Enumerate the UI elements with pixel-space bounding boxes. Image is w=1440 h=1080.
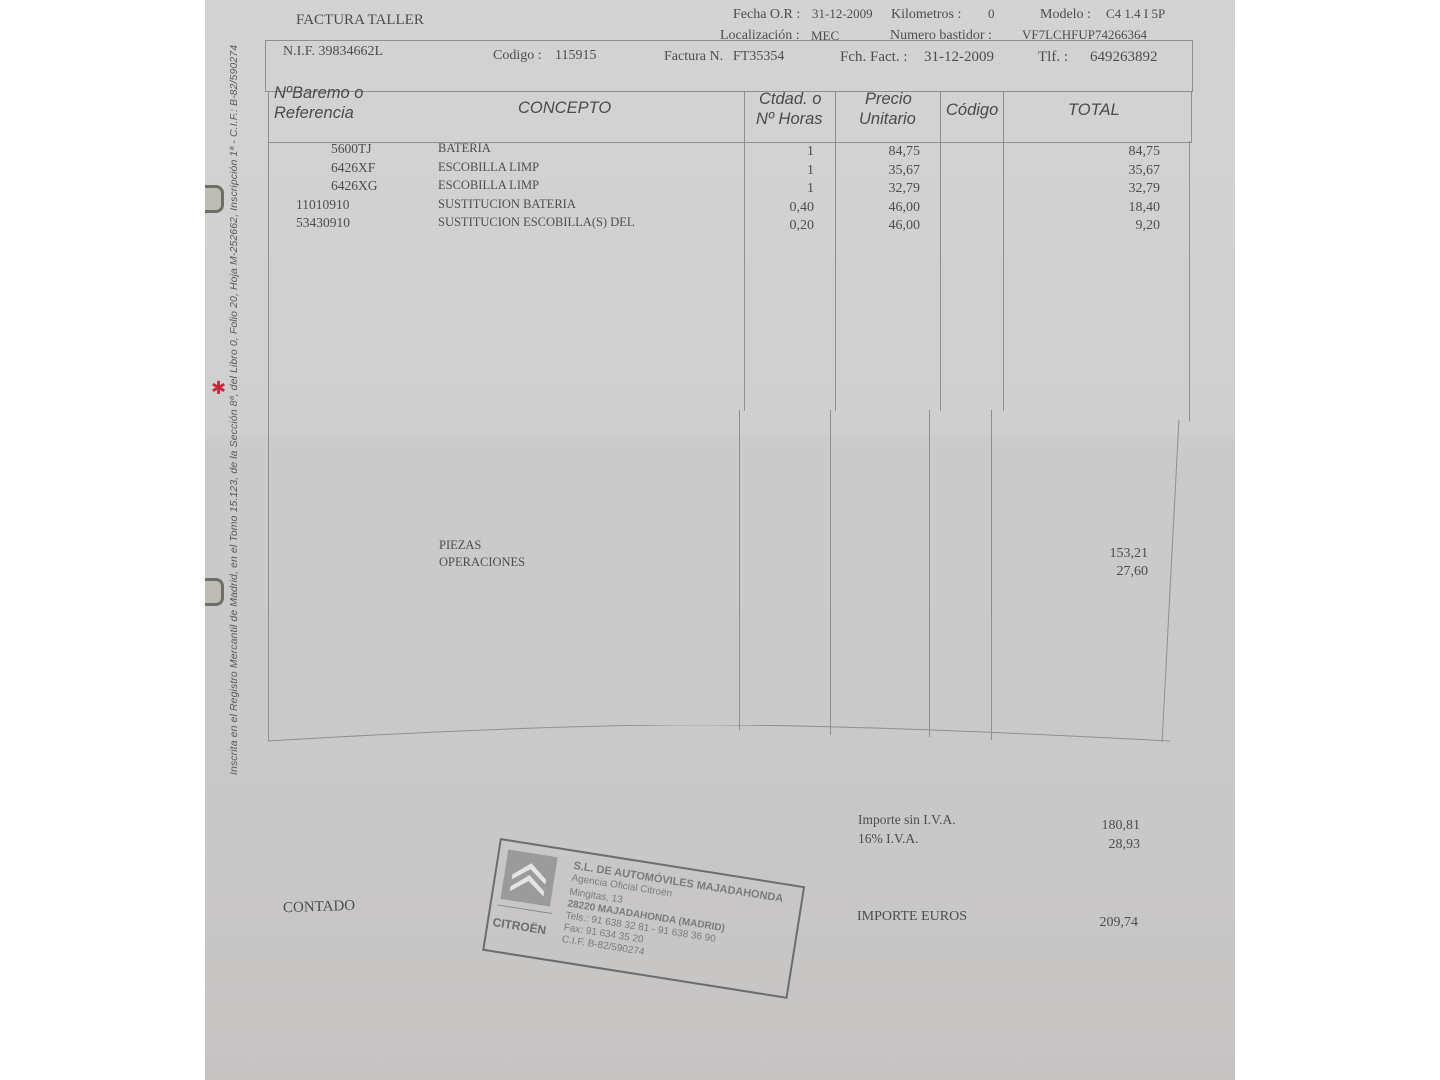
line-ref: 11010910 [296,197,408,213]
col-ref-line1: NºBaremo o [274,84,363,103]
piezas-label: PIEZAS [439,538,481,553]
line-total: 18,40 [1090,200,1160,216]
iva-label: 16% I.V.A. [858,831,919,847]
line-total: 84,75 [1090,144,1160,160]
stamp-brand: CITROËN [492,915,548,937]
col-ref-line2: Referencia [274,104,354,123]
column-header-box [268,91,1192,143]
binder-ring-bottom [205,578,224,606]
col-divider-4-lower [991,410,992,740]
piezas-value: 153,21 [1080,546,1148,562]
factura-label: Factura N. [664,49,723,65]
line-concepto: SUSTITUCION ESCOBILLA(S) DEL [438,215,738,230]
sin-iva-label: Importe sin I.V.A. [858,812,956,828]
line-unit-price: 84,75 [850,144,920,160]
line-unit-price: 32,79 [850,181,920,197]
col-total: TOTAL [1068,101,1120,120]
modelo-label: Modelo : [1040,7,1091,23]
line-quantity: 0,20 [752,218,814,234]
table-left-border [268,141,269,741]
fecha-or-label: Fecha O.R : [733,7,800,23]
importe-value: 209,74 [1068,915,1138,931]
fecha-or-value: 31-12-2009 [812,6,873,22]
col-divider-3-lower [929,410,930,737]
line-quantity: 1 [752,144,814,160]
fch-fact-label: Fch. Fact. : [840,49,908,66]
line-quantity: 1 [752,181,814,197]
nif-value: N.I.F. 39834662L [283,44,383,60]
line-quantity: 1 [752,163,814,179]
importe-label: IMPORTE EUROS [857,909,967,925]
operaciones-value: 27,60 [1080,564,1148,580]
line-concepto: ESCOBILLA LIMP [438,160,738,175]
col-ctdad-line2: Nº Horas [756,110,823,129]
line-total: 32,79 [1090,181,1160,197]
red-asterisk-mark: ✱ [211,378,226,399]
line-unit-price: 35,67 [850,163,920,179]
line-concepto: SUSTITUCION BATERIA [438,197,738,212]
col-divider-2-upper [835,91,836,411]
registry-side-text: Inscrita en el Registro Mercantil de Mad… [228,45,240,775]
iva-value: 28,93 [1070,837,1140,853]
modelo-value: C4 1.4 I 5P [1106,6,1165,22]
client-info-box [265,40,1193,92]
col-divider-2-lower [830,410,831,735]
col-divider-4-upper [1003,91,1004,411]
codigo-value: 115915 [555,48,596,64]
kilometros-label: Kilometros : [891,7,961,23]
line-concepto: ESCOBILLA LIMP [438,178,738,193]
line-ref: 5600TJ [331,141,443,157]
citroen-double-chevron-icon [500,849,557,906]
invoice-title: FACTURA TALLER [296,12,424,29]
factura-value: FT35354 [733,49,784,65]
line-concepto: BATERIA [438,141,738,156]
tlf-value: 649263892 [1090,49,1158,66]
line-ref: 6426XG [331,178,443,194]
col-ctdad-line1: Ctdad. o [759,90,821,109]
line-ref: 53430910 [296,215,408,231]
table-bottom-border [268,725,1173,745]
line-unit-price: 46,00 [850,200,920,216]
codigo-label: Codigo : [493,48,542,64]
line-unit-price: 46,00 [850,218,920,234]
fch-fact-value: 31-12-2009 [924,49,994,66]
stamp-separator [497,904,551,914]
col-codigo: Código [946,101,998,120]
sin-iva-value: 180,81 [1070,818,1140,834]
line-quantity: 0,40 [752,200,814,216]
operaciones-label: OPERACIONES [439,555,525,570]
table-right-border-upper [1189,141,1190,421]
col-precio-line2: Unitario [859,110,916,129]
col-precio-line1: Precio [865,90,912,109]
col-divider-1-lower [739,410,740,730]
binder-ring-top [205,185,224,213]
col-concepto: CONCEPTO [518,99,611,118]
line-total: 35,67 [1090,163,1160,179]
payment-method: CONTADO [283,898,356,918]
col-divider-3-upper [940,91,941,411]
tlf-label: Tlf. : [1038,49,1068,66]
col-divider-1-upper [744,91,745,411]
line-ref: 6426XF [331,160,443,176]
line-total: 9,20 [1090,218,1160,234]
kilometros-value: 0 [988,6,995,22]
